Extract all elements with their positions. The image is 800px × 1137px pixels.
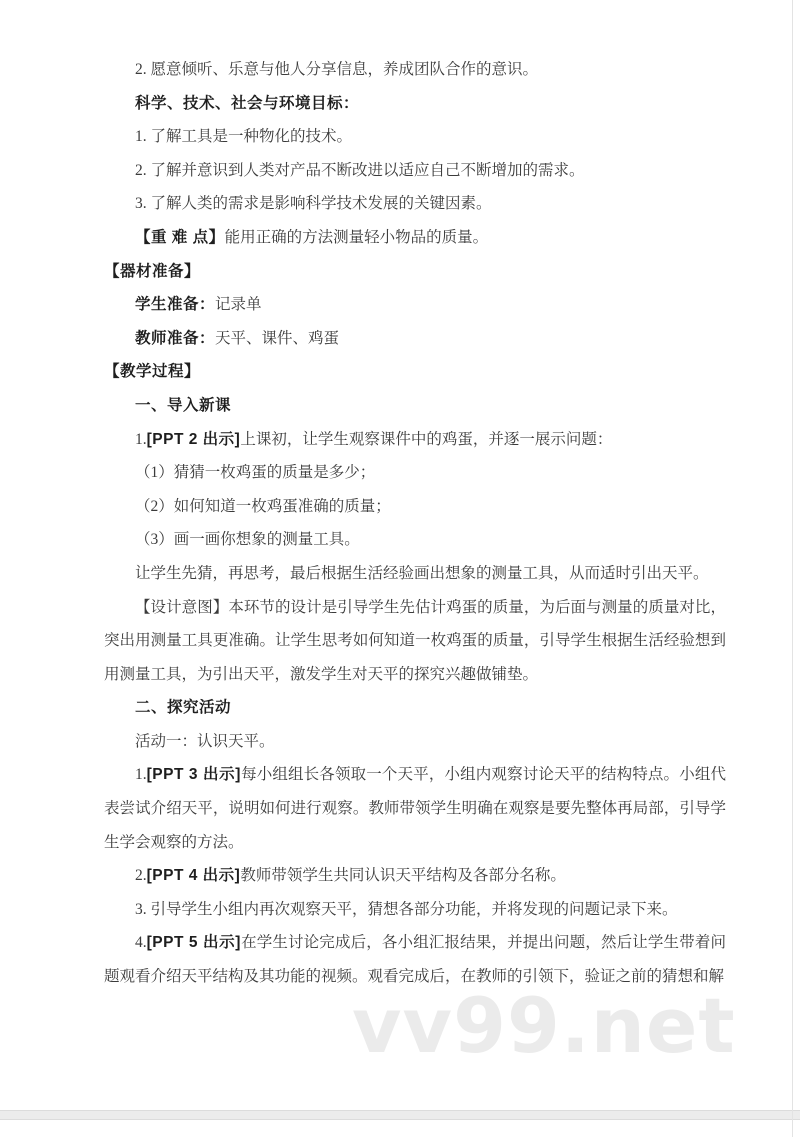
paragraph: 4.[PPT 5 出示]在学生讨论完成后，各小组汇报结果，并提出问题，然后让学生… (104, 926, 726, 993)
text-run: 3. 了解人类的需求是影响科学技术发展的关键因素。 (135, 195, 492, 212)
text-run: 1. (135, 431, 147, 448)
text-run: 活动一：认识天平。 (135, 733, 275, 750)
bold-text-run: [PPT 3 出示] (147, 766, 241, 783)
paragraph: 2. 了解并意识到人类对产品不断改进以适应自己不断增加的需求。 (104, 154, 726, 188)
bold-text-run: 学生准备： (135, 296, 215, 313)
paragraph: （3）画一画你想象的测量工具。 (104, 523, 726, 557)
bold-text-run: [PPT 5 出示] (147, 934, 241, 951)
page-right-edge-line (792, 0, 793, 1137)
page-separator (0, 1110, 800, 1120)
text-run: 2. 愿意倾听、乐意与他人分享信息，养成团队合作的意识。 (135, 61, 538, 78)
text-run: 2. 了解并意识到人类对产品不断改进以适应自己不断增加的需求。 (135, 162, 585, 179)
paragraph: 【器材准备】 (104, 255, 726, 289)
bold-text-run: 【重 难 点】 (135, 229, 225, 246)
paragraph: （1）猜猜一枚鸡蛋的质量是多少； (104, 456, 726, 490)
paragraph: 1. 了解工具是一种物化的技术。 (104, 120, 726, 154)
paragraph: 一、导入新课 (104, 389, 726, 423)
paragraph: 活动一：认识天平。 (104, 725, 726, 759)
bold-text-run: 一、导入新课 (135, 397, 231, 414)
bold-text-run: 【教学过程】 (104, 363, 200, 380)
text-run: 3. 引导学生小组内再次观察天平，猜想各部分功能，并将发现的问题记录下来。 (135, 901, 678, 918)
bold-text-run: [PPT 2 出示] (147, 431, 241, 448)
paragraph: 2.[PPT 4 出示]教师带领学生共同认识天平结构及各部分名称。 (104, 859, 726, 893)
paragraph: 【教学过程】 (104, 355, 726, 389)
text-run: 1. 了解工具是一种物化的技术。 (135, 128, 352, 145)
text-run: （3）画一画你想象的测量工具。 (135, 531, 360, 548)
text-run: 记录单 (215, 296, 262, 313)
text-run: 2. (135, 867, 147, 884)
text-run: 让学生先猜，再思考，最后根据生活经验画出想象的测量工具，从而适时引出天平。 (135, 565, 709, 582)
bold-text-run: 教师准备： (135, 330, 215, 347)
bold-text-run: 【器材准备】 (104, 263, 200, 280)
bold-text-run: 二、探究活动 (135, 699, 231, 716)
text-run: 能用正确的方法测量轻小物品的质量。 (225, 229, 489, 246)
paragraph: 【设计意图】本环节的设计是引导学生先估计鸡蛋的质量，为后面与测量的质量对比，突出… (104, 591, 726, 692)
document-viewer: vv99.net 2. 愿意倾听、乐意与他人分享信息，养成团队合作的意识。科学、… (0, 0, 800, 1137)
document-page-1: vv99.net 2. 愿意倾听、乐意与他人分享信息，养成团队合作的意识。科学、… (0, 0, 793, 1110)
document-page-2-top (0, 1120, 793, 1137)
paragraph: （2）如何知道一枚鸡蛋准确的质量； (104, 490, 726, 524)
bold-text-run: [PPT 4 出示] (147, 867, 241, 884)
paragraph: 科学、技术、社会与环境目标： (104, 87, 726, 121)
paragraph: 1.[PPT 2 出示]上课初，让学生观察课件中的鸡蛋，并逐一展示问题： (104, 423, 726, 457)
paragraph: 【重 难 点】能用正确的方法测量轻小物品的质量。 (104, 221, 726, 255)
text-run: （2）如何知道一枚鸡蛋准确的质量； (135, 498, 391, 515)
paragraph: 学生准备：记录单 (104, 288, 726, 322)
paragraph: 让学生先猜，再思考，最后根据生活经验画出想象的测量工具，从而适时引出天平。 (104, 557, 726, 591)
text-run: 【设计意图】本环节的设计是引导学生先估计鸡蛋的质量，为后面与测量的质量对比，突出… (104, 599, 726, 683)
text-run: 1. (135, 766, 147, 783)
text-run: 上课初，让学生观察课件中的鸡蛋，并逐一展示问题： (240, 431, 612, 448)
paragraph: 3. 了解人类的需求是影响科学技术发展的关键因素。 (104, 187, 726, 221)
paragraph: 教师准备：天平、课件、鸡蛋 (104, 322, 726, 356)
paragraph: 2. 愿意倾听、乐意与他人分享信息，养成团队合作的意识。 (104, 53, 726, 87)
text-run: （1）猜猜一枚鸡蛋的质量是多少； (135, 464, 375, 481)
document-body: 2. 愿意倾听、乐意与他人分享信息，养成团队合作的意识。科学、技术、社会与环境目… (0, 0, 726, 994)
text-run: 4. (135, 934, 147, 951)
bold-text-run: 科学、技术、社会与环境目标： (135, 95, 359, 112)
site-watermark: vv99.net (352, 988, 736, 1064)
text-run: 教师带领学生共同认识天平结构及各部分名称。 (240, 867, 566, 884)
paragraph: 3. 引导学生小组内再次观察天平，猜想各部分功能，并将发现的问题记录下来。 (104, 893, 726, 927)
text-run: 天平、课件、鸡蛋 (215, 330, 339, 347)
paragraph: 二、探究活动 (104, 691, 726, 725)
paragraph: 1.[PPT 3 出示]每小组组长各领取一个天平，小组内观察讨论天平的结构特点。… (104, 758, 726, 859)
